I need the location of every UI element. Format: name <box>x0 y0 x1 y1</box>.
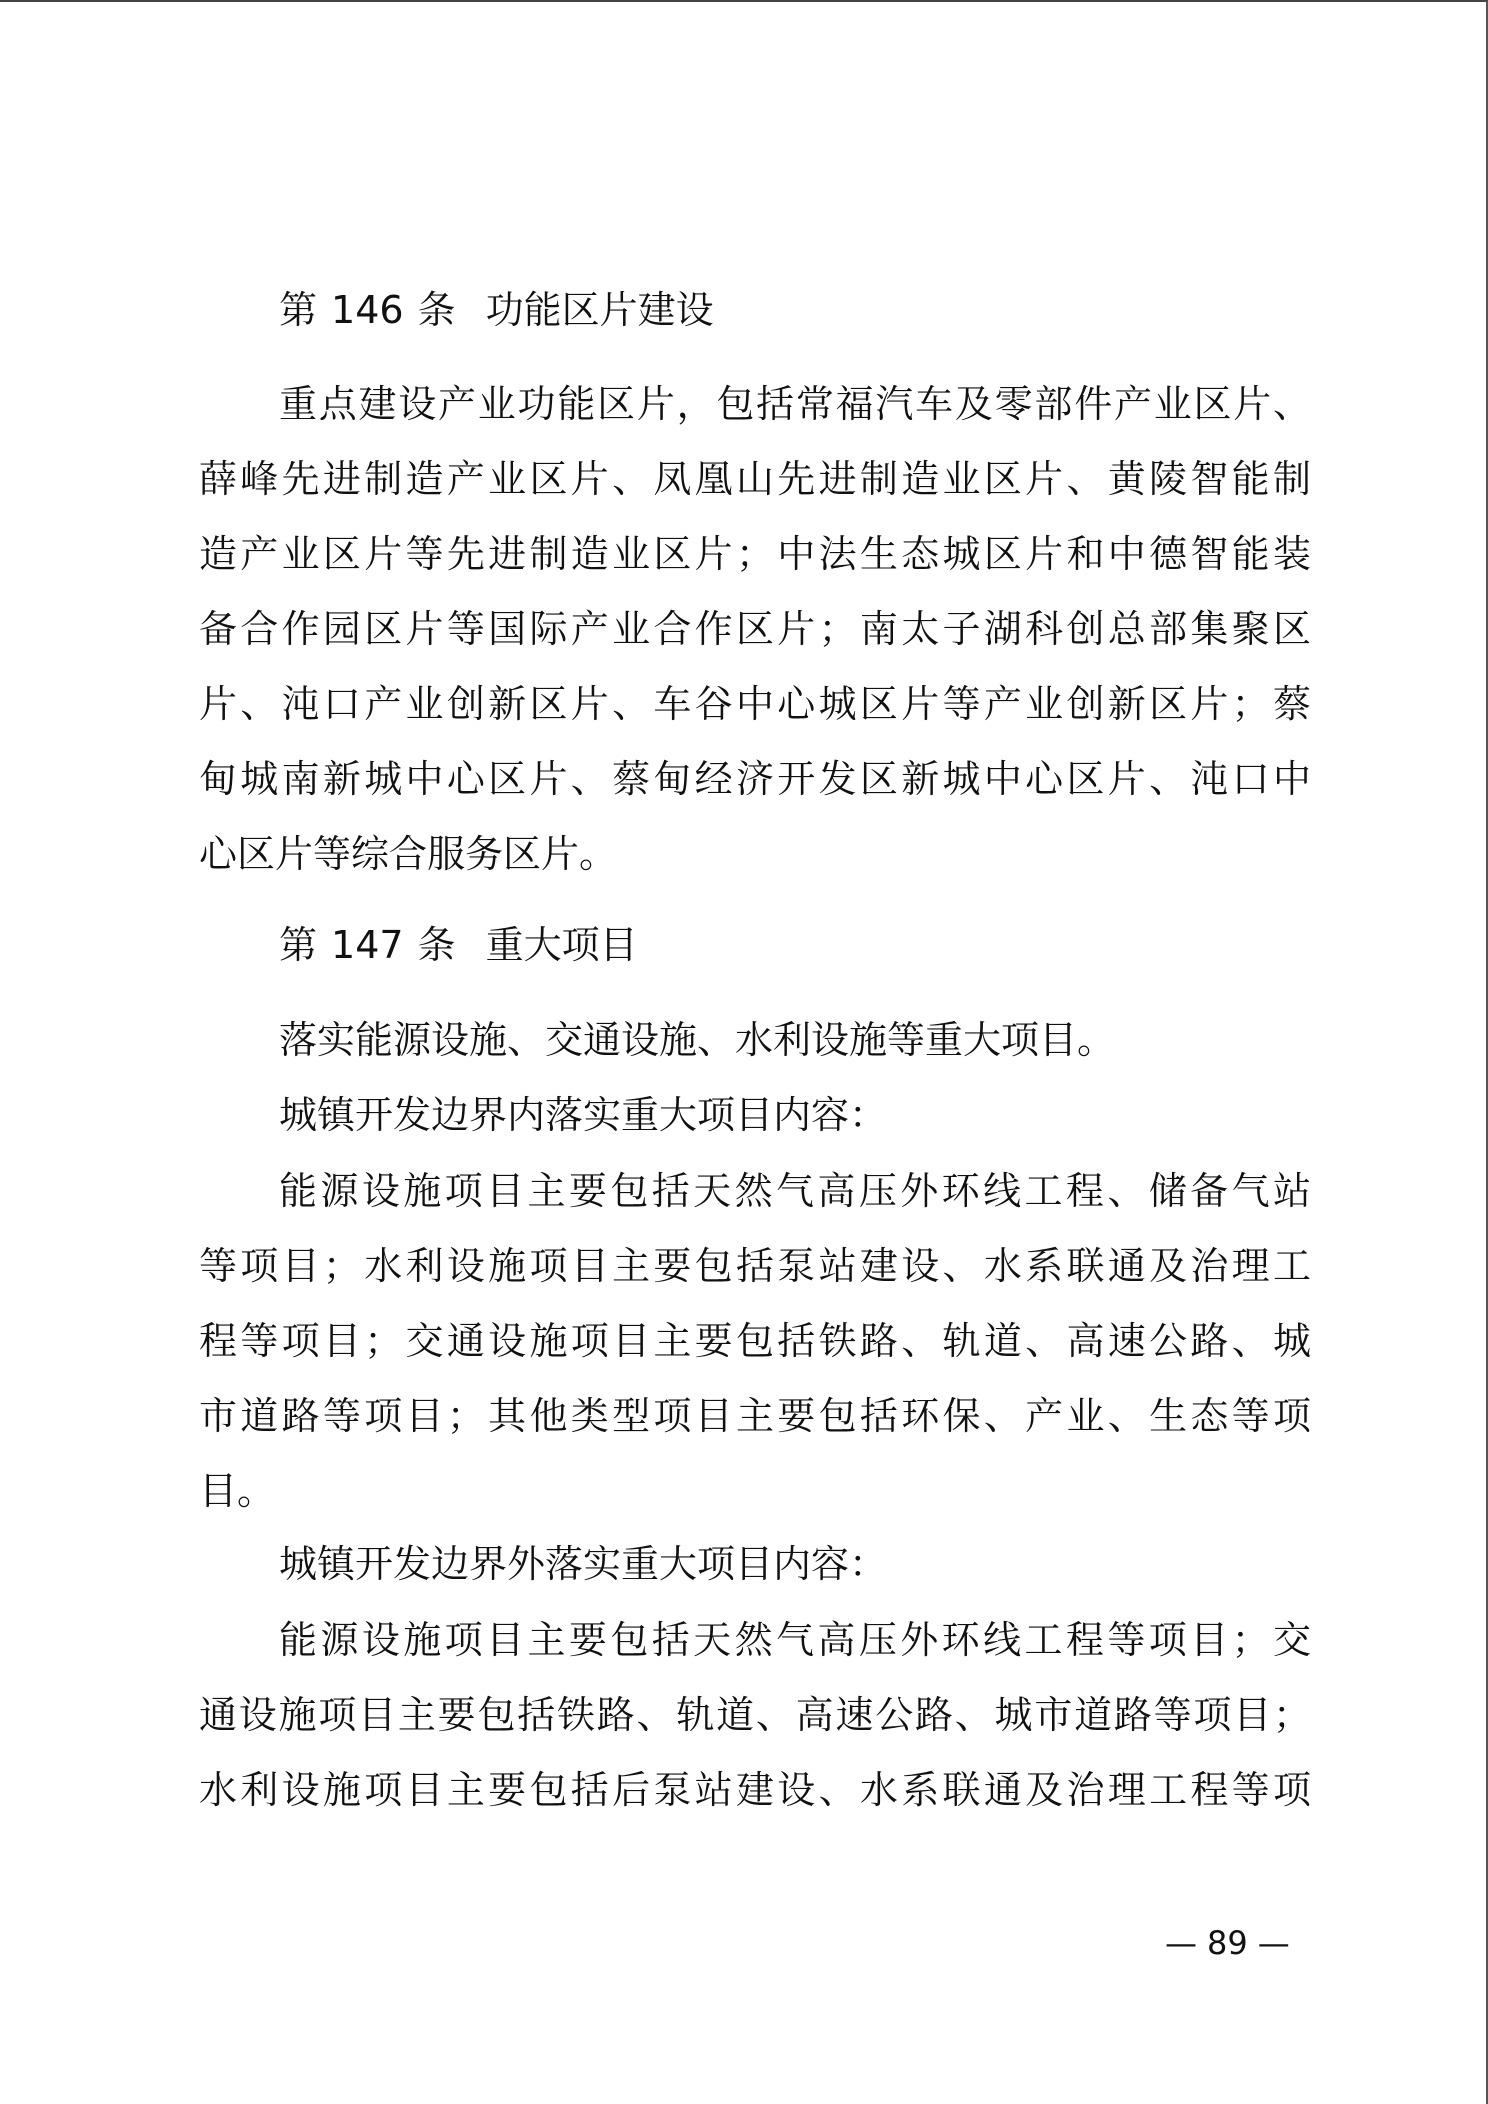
document-page: 第146条功能区片建设 重点建设产业功能区片，包括常福汽车及零部件产业区片、 薛… <box>0 0 1488 2104</box>
paragraph-line: 落实能源设施、交通设施、水利设施等重大项目。 <box>279 1012 1311 1068</box>
article-prefix: 第 <box>279 923 317 967</box>
page-number-value: 89 <box>1207 1924 1248 1962</box>
paragraph-line: 程等项目；交通设施项目主要包括铁路、轨道、高速公路、城 <box>199 1313 1311 1369</box>
article-suffix: 条 <box>418 923 456 967</box>
article-number: 146 <box>331 288 404 332</box>
paragraph-line: 造产业区片等先进制造业区片；中法生态城区片和中德智能装 <box>199 526 1311 582</box>
article-title: 功能区片建设 <box>486 288 714 332</box>
paragraph-line: 薛峰先进制造产业区片、凤凰山先进制造业区片、黄陵智能制 <box>199 451 1311 507</box>
paragraph-line: 等项目；水利设施项目主要包括泵站建设、水系联通及治理工 <box>199 1238 1311 1294</box>
page-number: —89— <box>1155 1918 1300 1968</box>
paragraph-line: 甸城南新城中心区片、蔡甸经济开发区新城中心区片、沌口中 <box>199 751 1311 807</box>
page-number-dash-left: — <box>1165 1918 1197 1968</box>
article-prefix: 第 <box>279 288 317 332</box>
article-146-heading: 第146条功能区片建设 <box>279 282 714 338</box>
article-number: 147 <box>331 923 404 967</box>
paragraph-line: 心区片等综合服务区片。 <box>199 826 1311 882</box>
paragraph-line: 目。 <box>199 1463 1311 1519</box>
article-title: 重大项目 <box>486 923 638 967</box>
page-number-dash-right: — <box>1258 1918 1290 1968</box>
paragraph-line: 城镇开发边界外落实重大项目内容： <box>279 1536 1311 1592</box>
article-suffix: 条 <box>418 288 456 332</box>
paragraph-line: 市道路等项目；其他类型项目主要包括环保、产业、生态等项 <box>199 1388 1311 1444</box>
paragraph-line: 能源设施项目主要包括天然气高压外环线工程等项目；交 <box>279 1612 1311 1668</box>
article-147-heading: 第147条重大项目 <box>279 917 638 973</box>
paragraph-line: 能源设施项目主要包括天然气高压外环线工程、储备气站 <box>279 1163 1311 1219</box>
paragraph-line: 片、沌口产业创新区片、车谷中心城区片等产业创新区片；蔡 <box>199 676 1311 732</box>
paragraph-line: 城镇开发边界内落实重大项目内容： <box>279 1087 1311 1143</box>
paragraph-line: 水利设施项目主要包括后泵站建设、水系联通及治理工程等项 <box>199 1762 1311 1818</box>
paragraph-line: 通设施项目主要包括铁路、轨道、高速公路、城市道路等项目； <box>199 1687 1311 1743</box>
paragraph-line: 重点建设产业功能区片，包括常福汽车及零部件产业区片、 <box>279 376 1311 432</box>
paragraph-line: 备合作园区片等国际产业合作区片；南太子湖科创总部集聚区 <box>199 601 1311 657</box>
